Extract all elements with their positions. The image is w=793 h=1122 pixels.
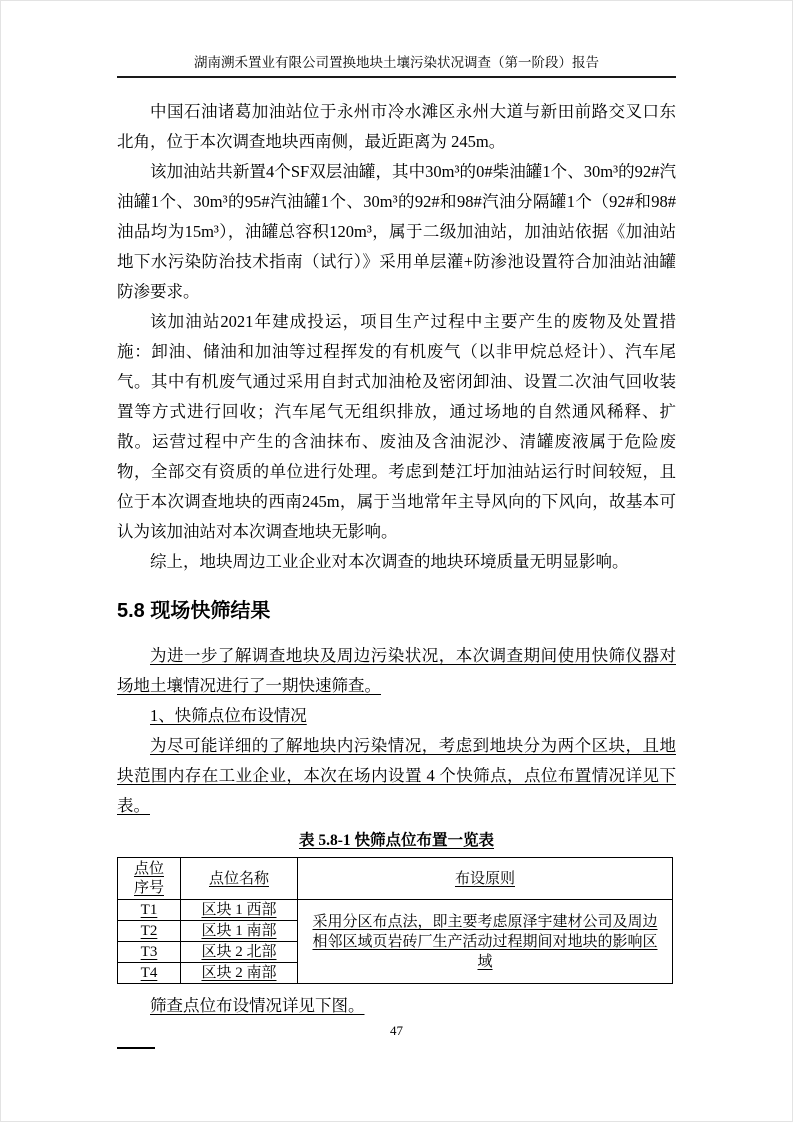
document-page: 湖南溯禾置业有限公司置换地块土壤污染状况调查（第一阶段）报告 中国石油诸葛加油站… [0, 0, 793, 1122]
point-name-cell: 区块 1 西部 [181, 900, 298, 921]
report-title: 湖南溯禾置业有限公司置换地块土壤污染状况调查（第一阶段）报告 [194, 55, 599, 70]
point-name-cell: 区块 2 北部 [181, 942, 298, 963]
table-caption: 表 5.8-1 快筛点位布置一览表 [117, 830, 676, 852]
paragraph-waste-management: 该加油站2021年建成投运，项目生产过程中主要产生的废物及处置措施：卸油、储油和… [117, 307, 676, 547]
principle-cell: 采用分区布点法，即主要考虑原泽宇建材公司及周边相邻区域页岩砖厂生产活动过程期间对… [298, 900, 673, 984]
page-header: 湖南溯禾置业有限公司置换地块土壤污染状况调查（第一阶段）报告 [117, 54, 676, 78]
column-header-point-name: 点位名称 [181, 858, 298, 900]
section-heading-5-8: 5.8 现场快筛结果 [117, 598, 676, 624]
paragraph-see-figure-below: 筛查点位布设情况详见下图。 [117, 991, 676, 1021]
table-row: T1 区块 1 西部 采用分区布点法，即主要考虑原泽宇建材公司及周边相邻区域页岩… [118, 900, 673, 921]
point-id-cell: T4 [118, 963, 181, 984]
page-body: 中国石油诸葛加油站位于永州市冷水滩区永州大道与新田前路交叉口东北角，位于本次调查… [117, 97, 676, 1049]
point-name-cell: 区块 1 南部 [181, 921, 298, 942]
paragraph-screening-intro: 为进一步了解调查地块及周边污染状况，本次调查期间使用快筛仪器对场地土壤情况进行了… [117, 641, 676, 701]
paragraph-subheading-point-layout: 1、快筛点位布设情况 [117, 701, 676, 731]
dash-mark [117, 1047, 155, 1049]
table-header-row: 点位序号 点位名称 布设原则 [118, 858, 673, 900]
column-header-point-id: 点位序号 [118, 858, 181, 900]
paragraph-gas-station-location: 中国石油诸葛加油站位于永州市冷水滩区永州大道与新田前路交叉口东北角，位于本次调查… [117, 97, 676, 157]
page-number: 47 [390, 1023, 403, 1038]
point-id-cell: T3 [118, 942, 181, 963]
point-id-cell: T1 [118, 900, 181, 921]
paragraph-point-layout-detail: 为尽可能详细的了解地块内污染情况，考虑到地块分为两个区块，且地块范围内存在工业企… [117, 731, 676, 821]
page-footer: 47 [0, 1023, 793, 1039]
point-name-cell: 区块 2 南部 [181, 963, 298, 984]
point-id-cell: T2 [118, 921, 181, 942]
screening-points-table: 点位序号 点位名称 布设原则 T1 区块 1 西部 采用分区布点法，即主要考虑原… [117, 857, 673, 984]
column-header-principle: 布设原则 [298, 858, 673, 900]
paragraph-conclusion: 综上，地块周边工业企业对本次调查的地块环境质量无明显影响。 [117, 547, 676, 577]
paragraph-tanks-description: 该加油站共新置4个SF双层油罐，其中30m³的0#柴油罐1个、30m³的92#汽… [117, 157, 676, 307]
